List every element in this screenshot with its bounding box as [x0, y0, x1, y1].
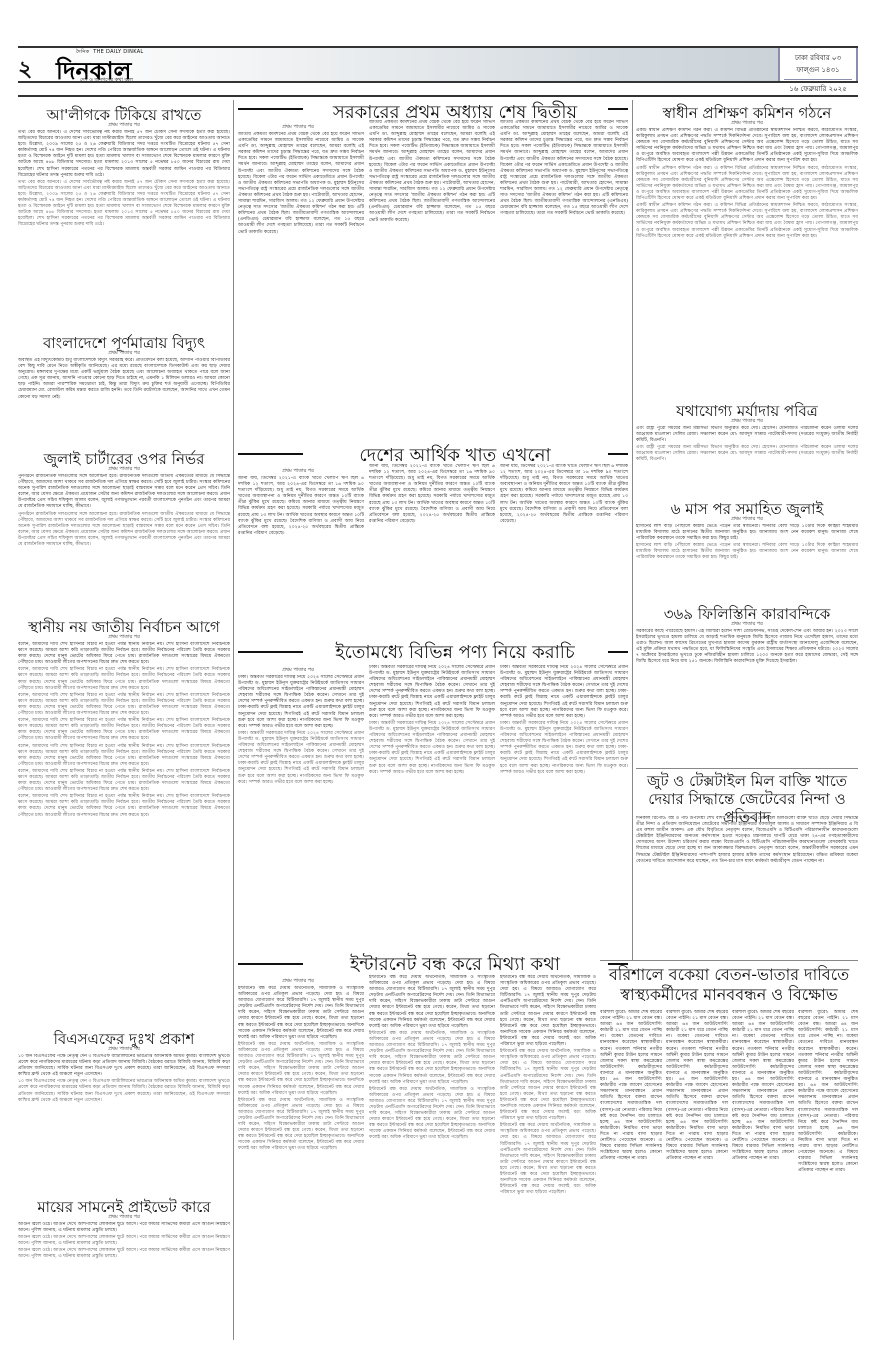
headline-bar [238, 651, 303, 653]
subhead: প্রথম পাতার পর [636, 120, 858, 128]
headline-bar [608, 651, 628, 653]
article-body-internet-col3: ইন্টারনেট বন্ধ করে দেয়ায় অর্থনৈতিক, সা… [500, 975, 596, 1340]
date-bangla: ঢাকা রবিবার ০৩ ফাল্গুন ১৪৩১ [784, 48, 852, 80]
article-body-govt-col1: জাতীয় ঐকমত্য কমিশনের প্রথম বৈঠক থেকে বে… [238, 132, 364, 414]
article-body-power: অবস্থিত এই বিদ্যুৎকেন্দ্রটি শুধু বাংলাদে… [18, 358, 230, 446]
subhead: প্রথম পাতার পর [636, 418, 858, 426]
article-body-state-honor: এবং রাষ্ট্রী পুরো সময়ের জন্য মন্ত্রীসভা… [636, 426, 858, 496]
article-body-govt-col2: জাতীয় ঐকমত্য কমিশনের প্রথম বৈঠক থেকে বে… [369, 120, 495, 414]
subhead: প্রথম পাতার পর [18, 122, 230, 130]
article-body-karachi-col3: ঢাকা। অন্তর্বর্তী সরকারের দায়িত্ব নিয়ে… [500, 665, 628, 937]
column-divider [632, 100, 633, 960]
column-divider [233, 100, 234, 1340]
subhead: প্রথম পাতার পর [18, 634, 230, 642]
logo-name: দিনকাল [56, 53, 131, 93]
article-body-internet-col2: ইন্টারনেট বন্ধ করে দেয়ায় অর্থনৈতিক, সা… [369, 975, 495, 1340]
subhead: প্রথম পাতার পর [636, 516, 858, 524]
article-body-barishal-col1: বরিশাল ব্যুরো: আমার শেষ বছরের বেতন পাইনি… [600, 1010, 662, 1340]
headline-barishal: বরিশালে বকেয়া বেতন-ভাতার দাবিতে স্বাস্থ… [600, 965, 858, 1005]
headline-bar [238, 108, 303, 110]
section-divider [636, 768, 858, 769]
subhead: প্রথম পাতার পর [18, 1214, 230, 1222]
article-body-govt-col3: জাতীয় ঐকমত্য কমিশনের প্রথম বৈঠক থেকে বে… [500, 120, 628, 414]
subhead: প্রথম পাতার পর [238, 978, 358, 986]
article-body-barishal-col2: বরিশাল ব্যুরো: আমার শেষ বছরের বেতন পাইনি… [666, 1010, 728, 1340]
article-body-internet-col1: ইন্টারনেট বন্ধ করে দেয়ায় অর্থনৈতিক, সা… [238, 986, 364, 1340]
headline-bar [238, 453, 303, 455]
article-body-election: বলেন, আমাদের দাবি শেখ হাসিনার বিচার না হ… [18, 642, 230, 1026]
subhead: প্রথম পাতার পর [18, 350, 230, 358]
section-divider [600, 960, 858, 961]
article-body-financial-col2: জানা যায়, ডিসেম্বর ২০২১-এ ব্যাংক খাতে খ… [369, 464, 495, 628]
page-number: ২ [18, 52, 32, 89]
article-body-july-charter: পুনর্গঠনে রাজনৈতিক দলগুলোর সঙ্গে আলোচনা … [18, 474, 230, 614]
date-gregorian: ১৬ ফেব্রুয়ারি ২০২৫ [780, 80, 856, 95]
headline-bar [608, 453, 628, 455]
article-body-bsf: ১০ জন বিএসএফের পক্ষে নেতৃত্ব দেন ৩ বিএসএ… [18, 1054, 230, 1192]
logo-tagline: দেশ ও জনগণের কথা বলে [80, 77, 133, 85]
article-body-barishal-col3: বরিশাল ব্যুরো: আমার শেষ বছরের বেতন পাইনি… [732, 1010, 794, 1340]
newspaper-logo: দৈনিক THE DAILY DINKAL দিনকাল দেশ ও জনগণ… [56, 49, 236, 83]
article-body-karachi-col1: ঢাকা। অন্তর্বর্তী সরকারের দায়িত্ব নিয়ে… [238, 675, 364, 937]
article-body-private-car: আগুন জ্বলে ওঠে। আগুন দেখে আশপাশের লোকজন … [18, 1222, 230, 1340]
top-rule [18, 95, 858, 97]
article-body-awami-league: তথ্য বের করে আনবে। এ দেশের সার্বভৌমত্ব ন… [18, 130, 230, 330]
headline-bar [608, 108, 628, 110]
article-body-karachi-col2: ঢাকা। অন্তর্বর্তী সরকারের দায়িত্ব নিয়ে… [369, 665, 495, 937]
article-body-palestinian-prisoners: সরকারের কাছে পাঠিয়েছে হামাস। এই জিম্মির… [636, 629, 858, 765]
article-body-jute-textile: দিনকাল রিপোর্ট: বস্ত্র ও পাট উপদেষ্টা শে… [636, 816, 858, 956]
article-body-training-commission: একটি স্বাধীন প্রশিক্ষণ কমিশন গঠন করা। এ … [636, 128, 858, 398]
subhead: প্রথম পাতার পর [238, 124, 358, 132]
masthead: ২ দৈনিক THE DAILY DINKAL দিনকাল দেশ ও জন… [18, 46, 858, 83]
article-body-financial-col3: জানা যায়, ডিসেম্বর ২০২১-এ ব্যাংক খাতে খ… [500, 464, 628, 628]
subhead: প্রথম পাতার পর [636, 621, 858, 629]
headline-bar [238, 963, 303, 965]
subhead: প্রথম পাতার পর [18, 1046, 230, 1054]
subhead: প্রথম পাতার পর [238, 667, 358, 675]
article-body-july-burial: হাসানের লাশ বাড়ি পৌঁছালে কান্নায় ভেঙে … [636, 524, 858, 602]
article-body-barishal-col4: বরিশাল ব্যুরো: আমার শেষ বছরের বেতন পাইনি… [798, 1010, 858, 1340]
subhead: প্রথম পাতার পর [18, 466, 230, 474]
date-box: ঢাকা রবিবার ০৩ ফাল্গুন ১৪৩১ ১৬ ফেব্রুয়া… [778, 48, 858, 81]
subhead: প্রথম পাতার পর [238, 468, 358, 476]
article-body-financial-col1: জানা যায়, ডিসেম্বর ২০২১-এ ব্যাংক খাতে খ… [238, 476, 364, 628]
